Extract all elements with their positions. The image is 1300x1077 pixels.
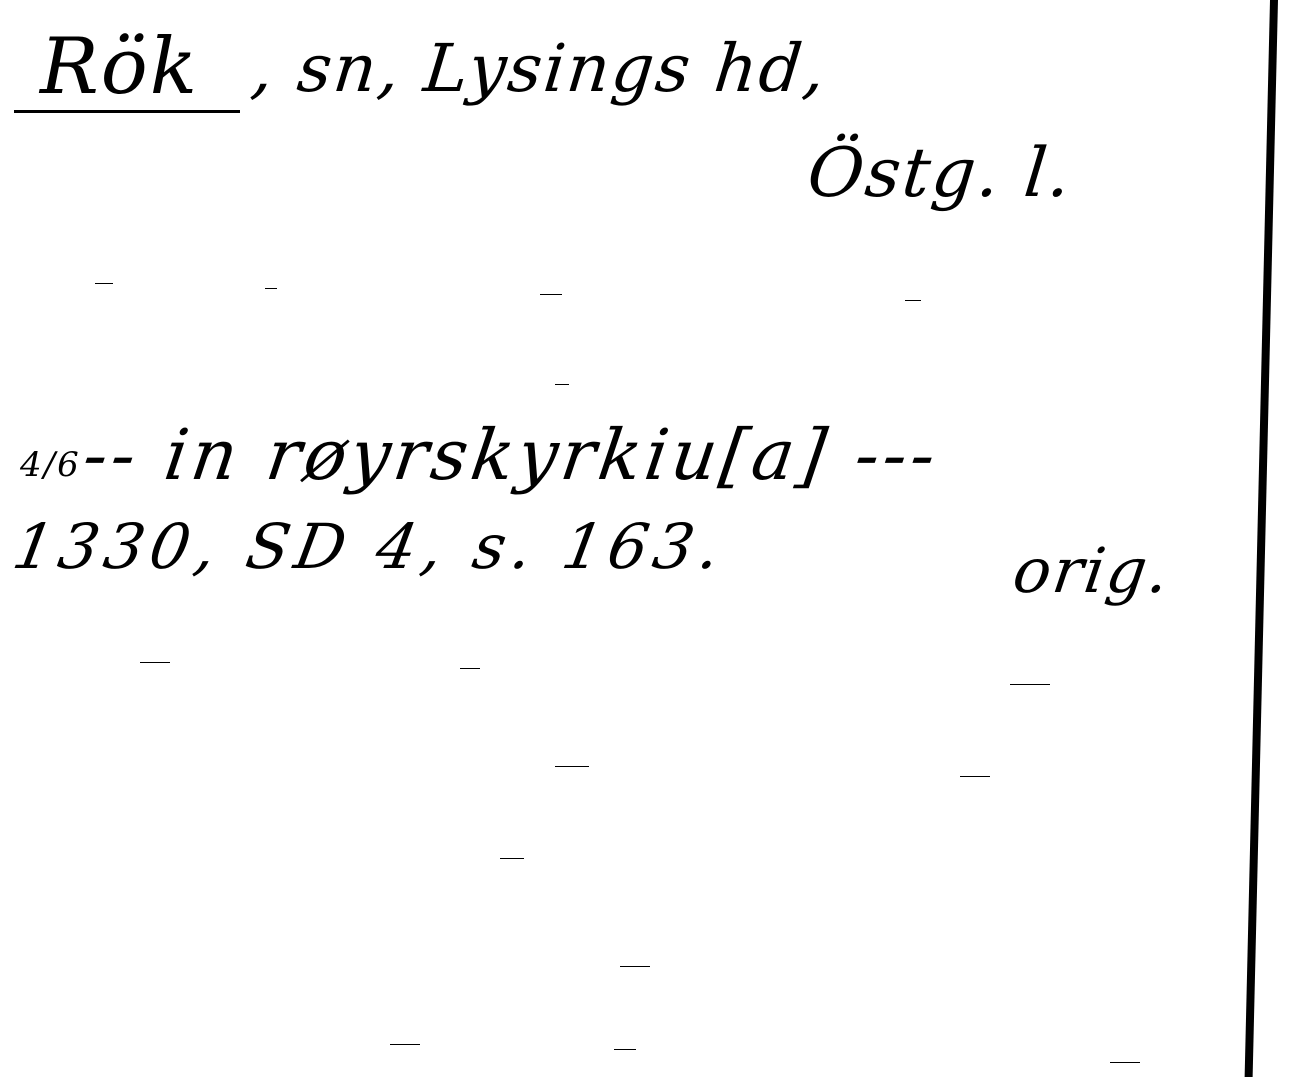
- scan-speck: [905, 300, 921, 301]
- scan-speck: [140, 662, 170, 663]
- scan-speck: [460, 668, 480, 669]
- scan-speck: [390, 1044, 420, 1045]
- scan-speck: [265, 288, 277, 289]
- index-card: Rök , sn, Lysings hd, Östg. l. 4/6 -- in…: [0, 0, 1300, 1077]
- card-right-edge: [1245, 0, 1278, 1077]
- scan-speck: [1010, 684, 1050, 685]
- scan-speck: [555, 766, 589, 767]
- scan-speck: [500, 858, 524, 859]
- county-line: Östg. l.: [804, 140, 1075, 208]
- source-reference-line: 1330, SD 4, s. 163.: [9, 516, 731, 578]
- scan-speck: [95, 283, 113, 284]
- date-fraction: 4/6: [20, 448, 81, 482]
- parish-district-line: , sn, Lysings hd,: [249, 36, 831, 102]
- headword: Rök: [40, 28, 199, 106]
- quotation-line: -- in røyrskyrkiu[a] ---: [79, 420, 944, 490]
- headword-underline: [14, 110, 240, 113]
- scan-speck: [540, 294, 562, 295]
- scan-speck: [960, 776, 990, 777]
- scan-speck: [614, 1049, 636, 1050]
- original-annotation: orig.: [1010, 540, 1175, 602]
- scan-speck: [620, 966, 650, 967]
- scan-speck: [1110, 1062, 1140, 1063]
- scan-speck: [555, 384, 569, 385]
